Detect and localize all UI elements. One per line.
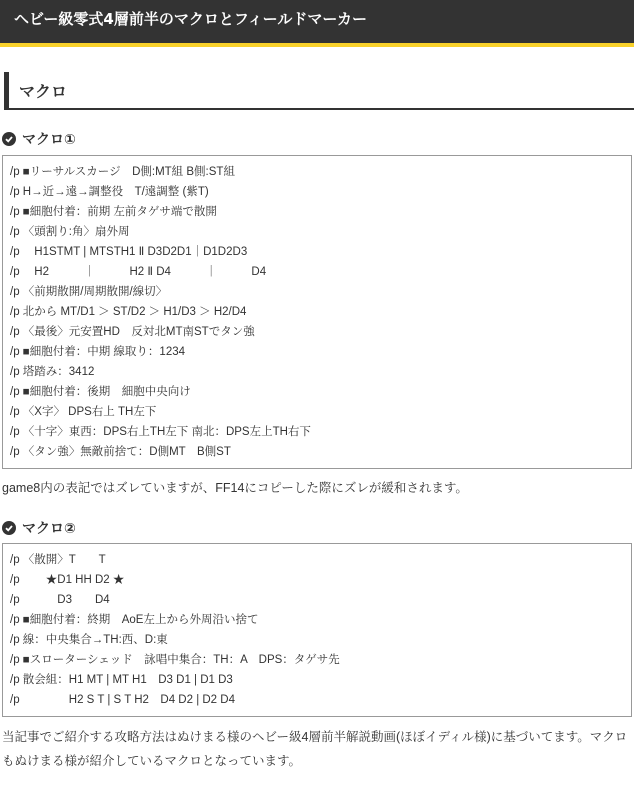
macro-line: /p 〈散開〉T T [10, 550, 631, 570]
macro-line: /p ■リーサルスカージ D側:MT組 B側:ST組 [10, 162, 631, 182]
macro-line: /p 塔踏み：3412 [10, 362, 631, 382]
check-circle-icon [2, 521, 16, 535]
macro-line: /p D3 D4 [10, 590, 631, 610]
macro-line: /p ■細胞付着：前期 左前タゲサ端で散開 [10, 202, 631, 222]
macro-line: /p 〈タン強〉無敵前捨て：D側MT B側ST [10, 442, 631, 462]
macro-line: /p ■細胞付着：中期 線取り：1234 [10, 342, 631, 362]
macro-line: /p 北から MT/D1 ＞ ST/D2 ＞ H1/D3 ＞ H2/D4 [10, 302, 631, 322]
macro-line: /p H1STMT | MTSTH1 Ⅱ D3D2D1｜D1D2D3 [10, 242, 631, 262]
macro2-title: マクロ② [22, 518, 76, 538]
section-title: マクロ [19, 79, 67, 102]
macro1-box[interactable]: /p ■リーサルスカージ D側:MT組 B側:ST組/p H→近→遠→調整役 T… [2, 155, 632, 469]
macro-line: /p 〈X字〉 DPS右上 TH左下 [10, 402, 631, 422]
check-circle-icon [2, 132, 16, 146]
macro-line: /p H2 S T | S T H2 D4 D2 | D2 D4 [10, 690, 631, 710]
macro2-box[interactable]: /p 〈散開〉T T/p ★D1 HH D2 ★/p D3 D4/p ■細胞付着… [2, 543, 632, 717]
macro1-heading: マクロ① [2, 129, 76, 149]
macro-line: /p H2 ｜ H2 Ⅱ D4 ｜ D4 [10, 262, 631, 282]
macro-line: /p 線：中央集合→TH:西、D:東 [10, 630, 631, 650]
macro1-title: マクロ① [22, 129, 76, 149]
macro-line: /p ■細胞付着：後期 細胞中央向け [10, 382, 631, 402]
section-heading: マクロ [4, 72, 634, 110]
macro2-heading: マクロ② [2, 518, 76, 538]
macro-line: /p ★D1 HH D2 ★ [10, 570, 631, 590]
article-heading: ヘビー級零式4層前半のマクロとフィールドマーカー [0, 0, 634, 47]
macro-line: /p 〈十字〉東西：DPS右上TH左下 南北：DPS左上TH右下 [10, 422, 631, 442]
macro-line: /p H→近→遠→調整役 T/遠調整 (紫T) [10, 182, 631, 202]
article-title: ヘビー級零式4層前半のマクロとフィールドマーカー [14, 8, 367, 29]
macro-line: /p 〈最後〉元安置HD 反対北MT南STでタン強 [10, 322, 631, 342]
source-note: 当記事でご紹介する攻略方法はぬけまる様のヘビー級4層前半解説動画(ほぼイディル様… [2, 725, 630, 773]
macro-line: /p 〈前期散開/周期散開/線切〉 [10, 282, 631, 302]
macro-line: /p ■スローターシェッド 詠唱中集合：TH：A DPS：タゲサ先 [10, 650, 631, 670]
note-text: game8内の表記ではズレていますが、FF14にコピーした際にズレが緩和されます… [2, 476, 630, 500]
macro-line: /p 〈頭割り:角〉扇外周 [10, 222, 631, 242]
macro-line: /p 散会組：H1 MT | MT H1 D3 D1 | D1 D3 [10, 670, 631, 690]
macro-line: /p ■細胞付着：終期 AoE左上から外周沿い捨て [10, 610, 631, 630]
